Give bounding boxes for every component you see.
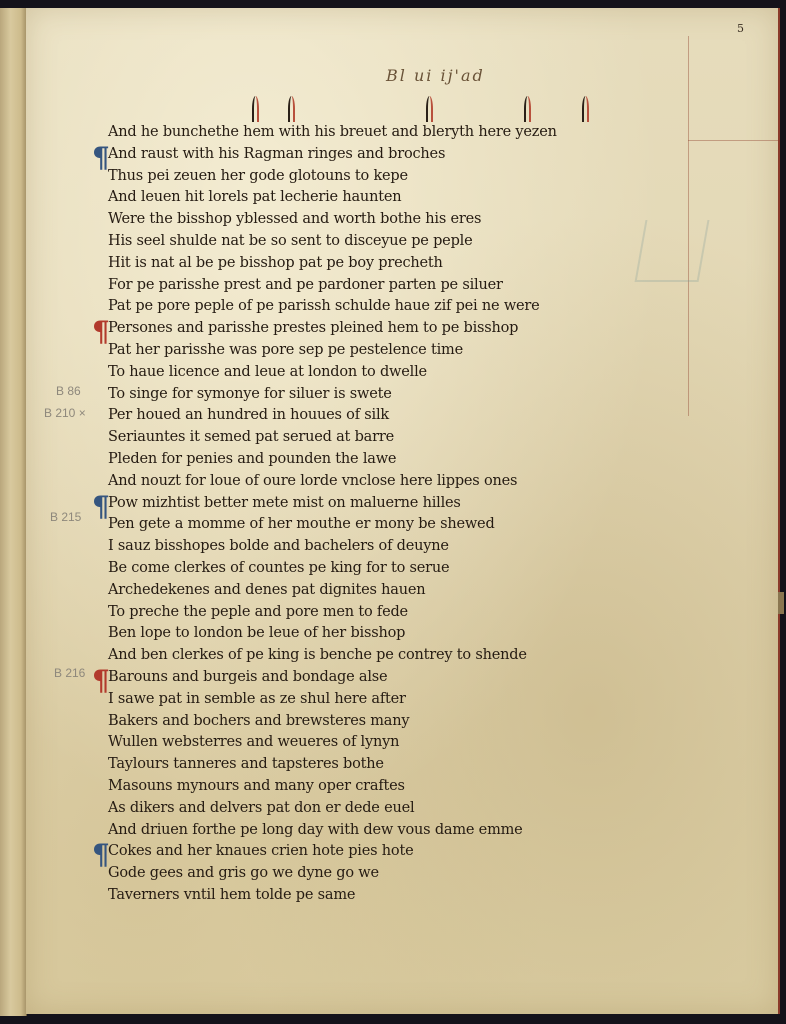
verse-line: Be come clerkes of countes pe king for t… (108, 558, 708, 580)
verse-line: Seriauntes it semed pat serued at barre (108, 427, 708, 449)
verse-line: Per houed an hundred in houues of silk (108, 405, 708, 427)
verse-line: I sawe pat in semble as ze shul here aft… (108, 689, 708, 711)
blue-paraph-initial: ¶ (92, 493, 110, 521)
verse-line: I sauz bisshopes bolde and bachelers of … (108, 536, 708, 558)
verse-line: Pen gete a momme of her mouthe er mony b… (108, 514, 708, 536)
verse-line: Bakers and bochers and brewsteres many (108, 711, 708, 733)
red-paraph-initial: ¶ (92, 667, 110, 695)
folio-number: 5 (737, 22, 744, 35)
pencil-note-b86: B 86 (56, 384, 81, 398)
facing-page-edge (0, 8, 27, 1016)
verse-line: And he bunchethe hem with his breuet and… (108, 122, 708, 144)
manuscript-leaf: 5 Bl ui ij'ad B 86 B 210 × B 215 B 216 A… (26, 8, 780, 1014)
page-tab-marker (778, 592, 784, 614)
verse-line: Pleden for penies and pounden the lawe (108, 449, 708, 471)
verse-line: And driuen forthe pe long day with dew v… (108, 820, 708, 842)
verse-text-block: And he bunchethe hem with his breuet and… (108, 122, 708, 907)
verse-line: To preche the peple and pore men to fede (108, 602, 708, 624)
verse-line: ¶Cokes and her knaues crien hote pies ho… (108, 841, 708, 863)
verse-line: ¶And raust with his Ragman ringes and br… (108, 144, 708, 166)
verse-line: Ben lope to london be leue of her bissho… (108, 623, 708, 645)
ascender-flourish (252, 96, 259, 122)
ascender-flourish (288, 96, 295, 122)
verse-line: Were the bisshop yblessed and worth both… (108, 209, 708, 231)
verse-line: Masouns mynours and many oper craftes (108, 776, 708, 798)
pencil-note-b216: B 216 (54, 666, 85, 680)
verse-line: As dikers and delvers pat don er dede eu… (108, 798, 708, 820)
verse-line: His seel shulde nat be so sent to discey… (108, 231, 708, 253)
verse-line: ¶Barouns and burgeis and bondage alse (108, 667, 708, 689)
verse-line: And ben clerkes of pe king is benche pe … (108, 645, 708, 667)
verse-line: To haue licence and leue at london to dw… (108, 362, 708, 384)
verse-line: ¶Persones and parisshe prestes pleined h… (108, 318, 708, 340)
verse-line: And nouzt for loue of oure lorde vnclose… (108, 471, 708, 493)
ascender-flourish (426, 96, 433, 122)
blue-paraph-initial: ¶ (92, 144, 110, 172)
pencil-note-b210: B 210 × (44, 406, 86, 420)
verse-line: ¶Pow mizhtist better mete mist on maluer… (108, 493, 708, 515)
ascender-flourish (524, 96, 531, 122)
verse-line: For pe parisshe prest and pe pardoner pa… (108, 275, 708, 297)
verse-line: Archedekenes and denes pat dignites haue… (108, 580, 708, 602)
pencil-note-b215: B 215 (50, 510, 81, 524)
verse-line: Pat her parisshe was pore sep pe pestele… (108, 340, 708, 362)
verse-line: And leuen hit lorels pat lecherie haunte… (108, 187, 708, 209)
verse-line: Thus pei zeuen her gode glotouns to kepe (108, 166, 708, 188)
verse-line: Gode gees and gris go we dyne go we (108, 863, 708, 885)
verse-line: Taylours tanneres and tapsteres bothe (108, 754, 708, 776)
verse-line: Pat pe pore peple of pe parissh schulde … (108, 296, 708, 318)
verse-line: Hit is nat al be pe bisshop pat pe boy p… (108, 253, 708, 275)
verse-line: To singe for symonye for siluer is swete (108, 384, 708, 406)
running-head: Bl ui ij'ad (386, 66, 485, 85)
ascender-flourish (582, 96, 589, 122)
red-paraph-initial: ¶ (92, 318, 110, 346)
blue-paraph-initial: ¶ (92, 841, 110, 869)
verse-line: Taverners vntil hem tolde pe same (108, 885, 708, 907)
verse-line: Wullen websterres and weueres of lynyn (108, 732, 708, 754)
